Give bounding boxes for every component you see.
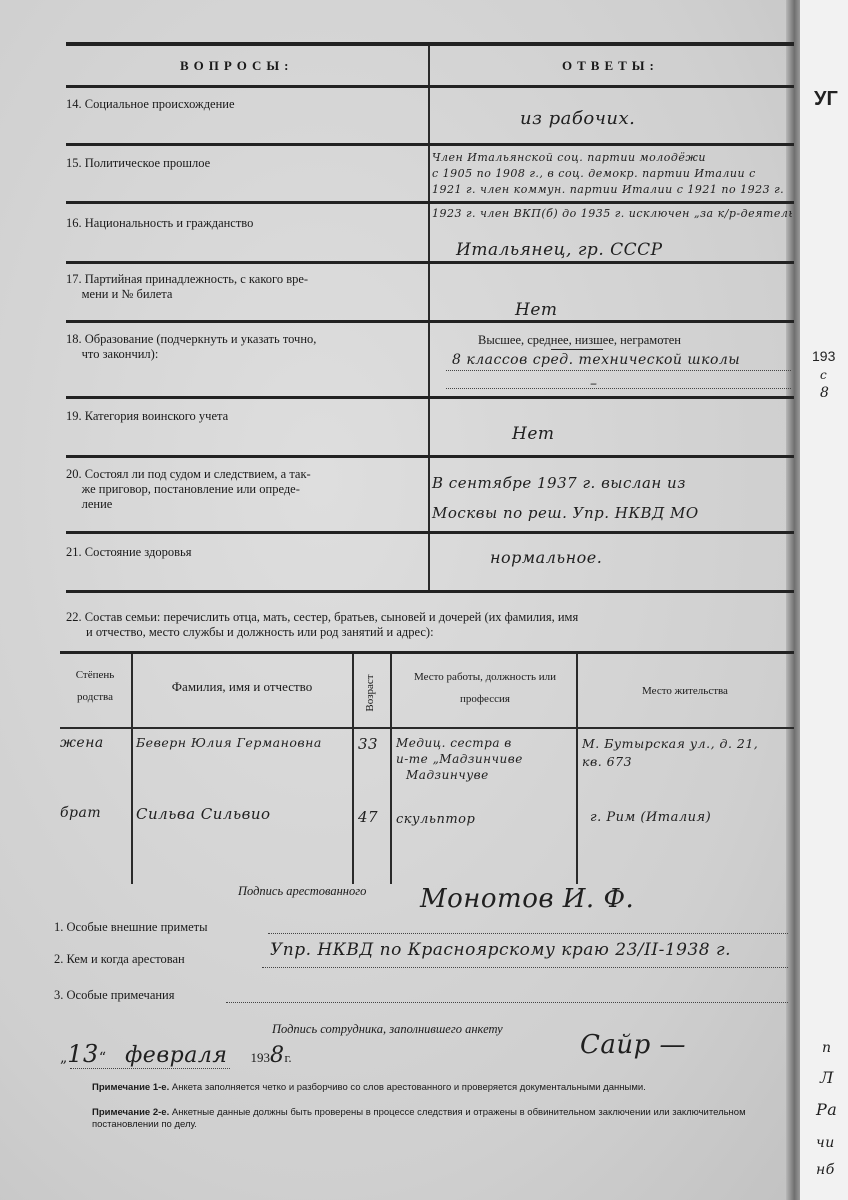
question-17: 17. Партийная принадлежность, с какого в…: [66, 272, 308, 302]
extra-1: 1. Особые внешние приметы: [54, 920, 208, 935]
col-work: Место работы, должность или профессия: [400, 666, 570, 710]
signature-arrested: Монотов И. Ф.: [420, 884, 634, 914]
family-age: 33: [358, 735, 378, 753]
margin-text-mid3: 8: [820, 385, 829, 401]
signature-arrested-label: Подпись арестованного: [238, 884, 366, 899]
family-intro: 22. Состав семьи: перечислить отца, мать…: [66, 610, 796, 640]
margin-text-mid2: с: [820, 368, 827, 382]
answer-21: нормальное.: [490, 548, 602, 567]
dotted-line: [268, 933, 788, 934]
column-divider: [131, 654, 133, 884]
margin-text-top: УГ: [814, 88, 838, 111]
col-relation: Стёпень родства: [60, 664, 130, 708]
extra-3: 3. Особые примечания: [54, 988, 175, 1003]
row-rule: [66, 590, 794, 593]
date-month: февраля: [125, 1043, 227, 1068]
question-20: 20. Состоял ли под судом и следствием, а…: [66, 467, 311, 512]
family-address: г. Рим (Италия): [590, 810, 711, 825]
family-work: Медиц. сестра в и-те „Мадзинчиве Мадзинч…: [396, 735, 523, 783]
family-table-top: [60, 651, 794, 654]
row-rule: [66, 143, 794, 146]
row-rule: [66, 261, 794, 264]
underline-mark: [551, 349, 603, 350]
question-15: 15. Политическое прошлое: [66, 156, 210, 171]
question-16: 16. Национальность и гражданство: [66, 216, 253, 231]
note-2: Примечание 2-е. Анкетные данные должны б…: [92, 1107, 792, 1131]
margin-text-b3: чи: [816, 1135, 835, 1151]
family-header-rule: [60, 727, 794, 729]
answers-header: ОТВЕТЫ:: [562, 58, 659, 74]
margin-text-b1: Л: [820, 1068, 834, 1087]
family-work: скульптор: [396, 812, 475, 827]
question-21: 21. Состояние здоровья: [66, 545, 191, 560]
margin-text-b4: нб: [816, 1162, 835, 1178]
dotted-line: [226, 1002, 788, 1003]
note-1: Примечание 1-е. Анкета заполняется четко…: [92, 1082, 792, 1094]
answer-20: В сентябре 1937 г. выслан из Москвы по р…: [432, 468, 699, 528]
answer-15-continued: 1923 г. член ВКП(б) до 1935 г. исключен …: [432, 206, 792, 222]
question-14: 14. Социальное происхождение: [66, 97, 235, 112]
date-day: 13: [67, 1040, 99, 1068]
column-divider: [352, 654, 354, 884]
family-relation: брат: [60, 805, 101, 821]
family-name: Беверн Юлия Германовна: [136, 735, 322, 750]
family-name: Сильва Сильвио: [136, 805, 271, 823]
extra-2: 2. Кем и когда арестован: [54, 952, 185, 967]
column-divider: [428, 46, 430, 591]
dotted-line: [446, 388, 791, 389]
questions-header: ВОПРОСЫ:: [180, 58, 294, 74]
margin-text-b2: Ра: [816, 1100, 837, 1119]
family-address: М. Бутырская ул., д. 21, кв. 673: [582, 735, 758, 771]
answer-16: Итальянец, гр. СССР: [456, 240, 663, 260]
col-age: Возраст: [359, 663, 381, 723]
col-address: Место жительства: [580, 680, 790, 702]
signature-officer-label: Подпись сотрудника, заполнившего анкету: [272, 1022, 503, 1037]
family-age: 47: [358, 808, 378, 826]
column-divider: [390, 654, 392, 884]
top-border: [66, 42, 794, 46]
dotted-line: [262, 967, 788, 968]
row-rule: [66, 531, 794, 534]
column-divider: [576, 654, 578, 884]
dotted-line: [70, 1068, 230, 1069]
margin-text-mid: 193: [812, 348, 835, 364]
margin-text-b0: п: [822, 1040, 832, 1056]
answer-18: 8 классов сред. технической школы: [452, 352, 740, 368]
education-options: Высшее, среднее, низшее, неграмотен: [478, 333, 681, 348]
date-field: „13“ февраля 1938г.: [60, 1040, 292, 1068]
family-relation: жена: [60, 735, 104, 751]
question-19: 19. Категория воинского учета: [66, 409, 228, 424]
adjacent-page-strip: УГ 193 с 8 п Л Ра чи нб: [800, 0, 848, 1200]
answer-15: Член Итальянской соц. партии молодёжи с …: [432, 150, 792, 198]
row-rule: [66, 201, 794, 204]
row-rule: [66, 455, 794, 458]
header-rule: [66, 85, 794, 88]
arrest-info: Упр. НКВД по Красноярскому краю 23/II-19…: [270, 940, 731, 960]
row-rule: [66, 396, 794, 399]
answer-14: из рабочих.: [520, 108, 635, 129]
signature-officer: Сайр —: [580, 1030, 686, 1060]
answer-17: Нет: [515, 300, 558, 320]
dotted-line: [446, 370, 791, 371]
question-18: 18. Образование (подчеркнуть и указать т…: [66, 332, 316, 362]
answer-18-dash: –: [590, 376, 598, 392]
row-rule: [66, 320, 794, 323]
col-name: Фамилия, имя и отчество: [134, 676, 350, 698]
date-year-digit: 8: [270, 1043, 285, 1068]
answer-19: Нет: [512, 424, 555, 444]
